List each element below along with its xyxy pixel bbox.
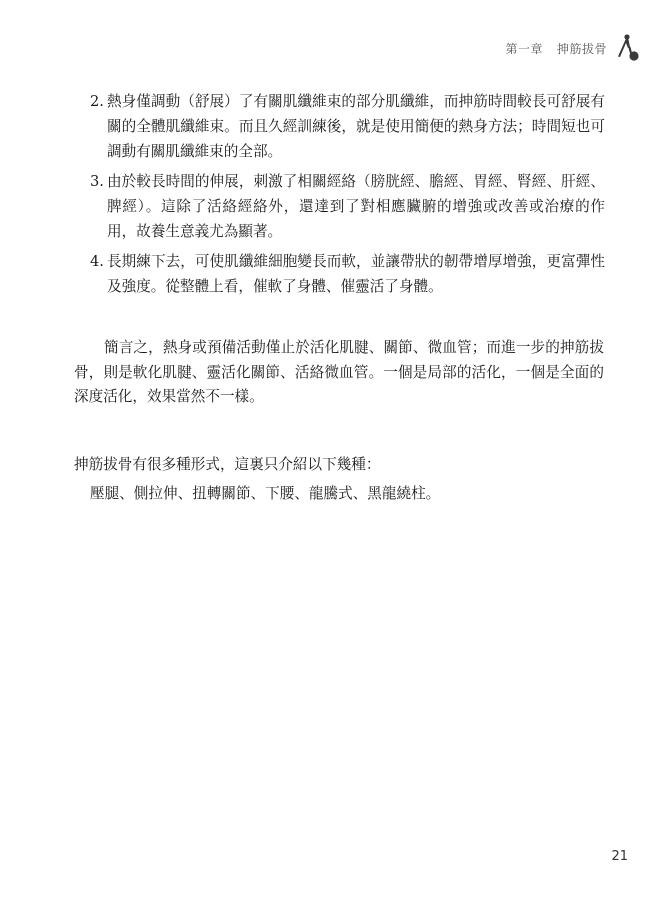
forms-intro: 抻筋拔骨有很多種形式，這裏只介紹以下幾種： [74,453,604,478]
list-text: 長期練下去，可使肌纖維細胞變長而軟，並讓帶狀的韌帶增厚增強，更富彈性及強度。從整… [107,253,605,295]
forms-list: 壓腿、側拉伸、扭轉關節、下腰、龍騰式、黑龍繞柱。 [74,482,620,507]
list-text: 由於較長時間的伸展，刺激了相關經絡（膀胱經、膽經、胃經、腎經、肝經、脾經）。這除… [107,173,605,240]
benefits-list: 2. 熱身僅調動（舒展）了有關肌纖維束的部分肌纖維，而抻筋時間較長可舒展有關的全… [90,89,605,304]
list-item: 4. 長期練下去，可使肌纖維細胞變長而軟，並讓帶狀的韌帶增厚增強，更富彈性及強度… [90,249,605,299]
list-text: 熱身僅調動（舒展）了有關肌纖維束的部分肌纖維，而抻筋時間較長可舒展有關的全體肌纖… [107,93,605,160]
stretching-figure-icon [615,34,641,62]
list-item: 2. 熱身僅調動（舒展）了有關肌纖維束的部分肌纖維，而抻筋時間較長可舒展有關的全… [90,89,605,164]
list-number: 4. [90,249,104,274]
summary-paragraph: 簡言之，熱身或預備活動僅止於活化肌腱、關節、微血管；而進一步的抻筋拔骨，則是軟化… [74,336,604,410]
list-number: 3. [90,169,104,194]
header-title: 抻筋拔骨 [557,40,607,57]
list-number: 2. [90,89,104,114]
page-number: 21 [611,849,628,864]
header-chapter: 第一章 [505,40,543,57]
list-item: 3. 由於較長時間的伸展，刺激了相關經絡（膀胱經、膽經、胃經、腎經、肝經、脾經）… [90,169,605,244]
running-header: 第一章 抻筋拔骨 [505,33,641,63]
